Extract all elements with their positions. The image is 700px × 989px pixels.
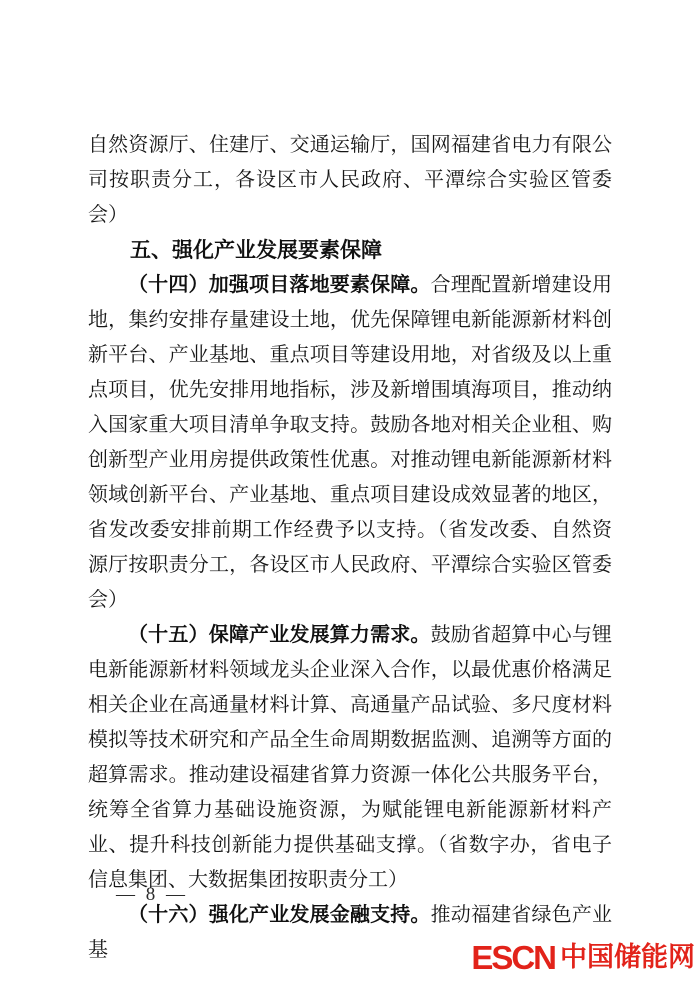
paragraph-continuation: 自然资源厅、住建厅、交通运输厅，国网福建省电力有限公司按职责分工，各设区市人民政… — [88, 128, 612, 233]
paragraph-15-body: 鼓励省超算中心与锂电新能源新材料领域龙头企业深入合作，以最优惠价格满足相关企业在… — [88, 624, 612, 891]
page-number: — 8 — — [116, 884, 188, 906]
paragraph-15-lead: （十五）保障产业发展算力需求。 — [128, 624, 431, 646]
escn-logo-latin: ESCN — [471, 941, 555, 974]
escn-logo-cjk: 中国储能网 — [560, 944, 695, 971]
page-background: 自然资源厅、住建厅、交通运输厅，国网福建省电力有限公司按职责分工，各设区市人民政… — [0, 0, 700, 989]
section-heading: 五、强化产业发展要素保障 — [88, 233, 612, 268]
paragraph-16-lead: （十六）强化产业发展金融支持。 — [128, 904, 431, 926]
document-page: { "document": { "continuation_text": "自然… — [0, 0, 700, 989]
document-text-block: 自然资源厅、住建厅、交通运输厅，国网福建省电力有限公司按职责分工，各设区市人民政… — [88, 128, 612, 968]
escn-logo: ESCN 中国储能网 — [471, 941, 695, 974]
paragraph-14: （十四）加强项目落地要素保障。合理配置新增建设用地，集约安排存量建设土地，优先保… — [88, 268, 612, 618]
paragraph-14-body: 合理配置新增建设用地，集约安排存量建设土地，优先保障锂电新能源新材料创新平台、产… — [88, 274, 612, 611]
paragraph-14-lead: （十四）加强项目落地要素保障。 — [128, 274, 431, 296]
paragraph-15: （十五）保障产业发展算力需求。鼓励省超算中心与锂电新能源新材料领域龙头企业深入合… — [88, 618, 612, 898]
